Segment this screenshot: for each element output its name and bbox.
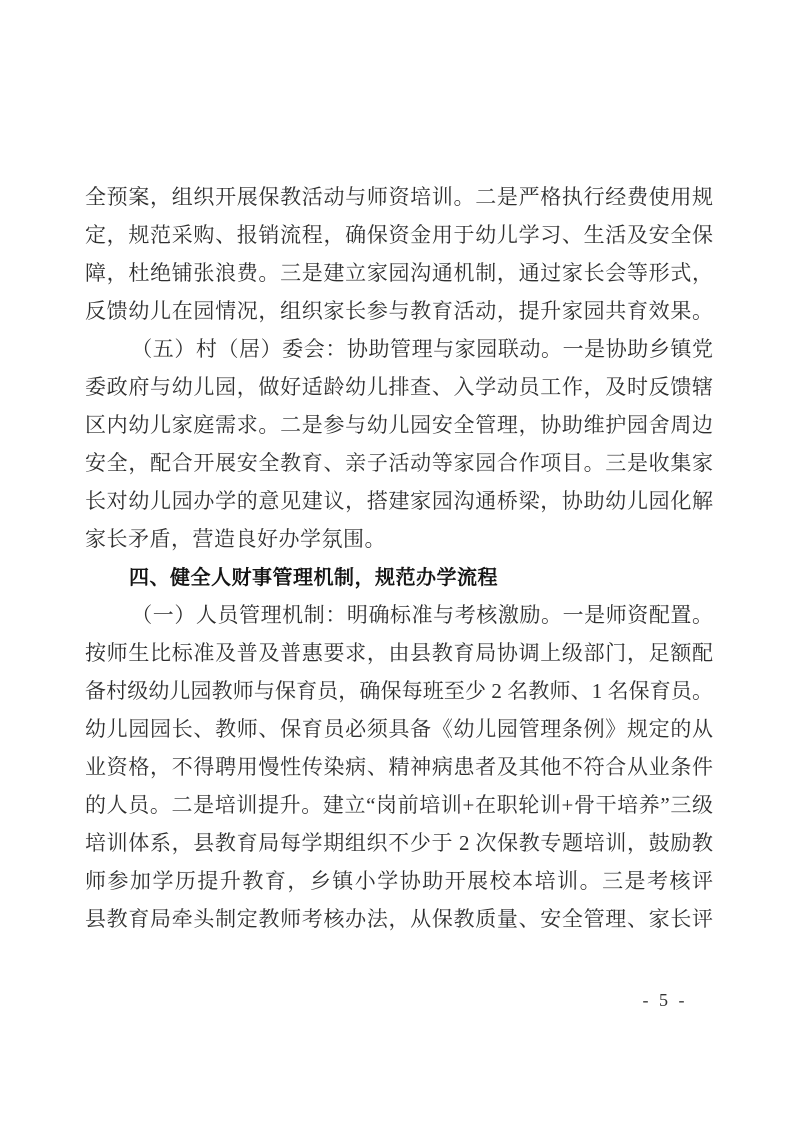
page-number: - 5 - xyxy=(630,986,700,1014)
text-line: 的人员。二是培训提升。建立“岗前培训+在职轮训+骨干培养”三级 xyxy=(85,786,713,824)
text-line: 家长矛盾，营造良好办学氛围。 xyxy=(85,520,713,558)
text-line: 区内幼儿家庭需求。二是参与幼儿园安全管理，协助维护园舍周边 xyxy=(85,406,713,444)
text-line: 备村级幼儿园教师与保育员，确保每班至少 2 名教师、1 名保育员。 xyxy=(85,672,713,710)
text-line: 幼儿园园长、教师、保育员必须具备《幼儿园管理条例》规定的从 xyxy=(85,710,713,748)
text-line: 委政府与幼儿园，做好适龄幼儿排查、入学动员工作，及时反馈辖 xyxy=(85,368,713,406)
text-line: 全预案，组织开展保教活动与师资培训。二是严格执行经费使用规 xyxy=(85,178,713,216)
document-page: 全预案，组织开展保教活动与师资培训。二是严格执行经费使用规定，规范采购、报销流程… xyxy=(0,0,793,1122)
text-line: 四、健全人财事管理机制，规范办学流程 xyxy=(85,558,713,596)
text-line: （五）村（居）委会：协助管理与家园联动。一是协助乡镇党 xyxy=(85,330,713,368)
document-body: 全预案，组织开展保教活动与师资培训。二是严格执行经费使用规定，规范采购、报销流程… xyxy=(85,178,713,938)
paragraph: （五）村（居）委会：协助管理与家园联动。一是协助乡镇党委政府与幼儿园，做好适龄幼… xyxy=(85,330,713,558)
text-line: 业资格，不得聘用慢性传染病、精神病患者及其他不符合从业条件 xyxy=(85,748,713,786)
text-line: 障，杜绝铺张浪费。三是建立家园沟通机制，通过家长会等形式， xyxy=(85,254,713,292)
paragraph: 全预案，组织开展保教活动与师资培训。二是严格执行经费使用规定，规范采购、报销流程… xyxy=(85,178,713,330)
text-line: 定，规范采购、报销流程，确保资金用于幼儿学习、生活及安全保 xyxy=(85,216,713,254)
text-line: 县教育局牵头制定教师考核办法，从保教质量、安全管理、家长评 xyxy=(85,900,713,938)
text-line: 安全，配合开展安全教育、亲子活动等家园合作项目。三是收集家 xyxy=(85,444,713,482)
text-line: 反馈幼儿在园情况，组织家长参与教育活动，提升家园共育效果。 xyxy=(85,292,713,330)
text-line: （一）人员管理机制：明确标准与考核激励。一是师资配置。 xyxy=(85,596,713,634)
text-line: 按师生比标准及普及普惠要求，由县教育局协调上级部门，足额配 xyxy=(85,634,713,672)
section-heading: 四、健全人财事管理机制，规范办学流程 xyxy=(85,558,713,596)
text-line: 师参加学历提升教育，乡镇小学协助开展校本培训。三是考核评价： xyxy=(85,862,713,900)
text-line: 长对幼儿园办学的意见建议，搭建家园沟通桥梁，协助幼儿园化解 xyxy=(85,482,713,520)
paragraph: （一）人员管理机制：明确标准与考核激励。一是师资配置。按师生比标准及普及普惠要求… xyxy=(85,596,713,938)
text-line: 培训体系，县教育局每学期组织不少于 2 次保教专题培训，鼓励教 xyxy=(85,824,713,862)
